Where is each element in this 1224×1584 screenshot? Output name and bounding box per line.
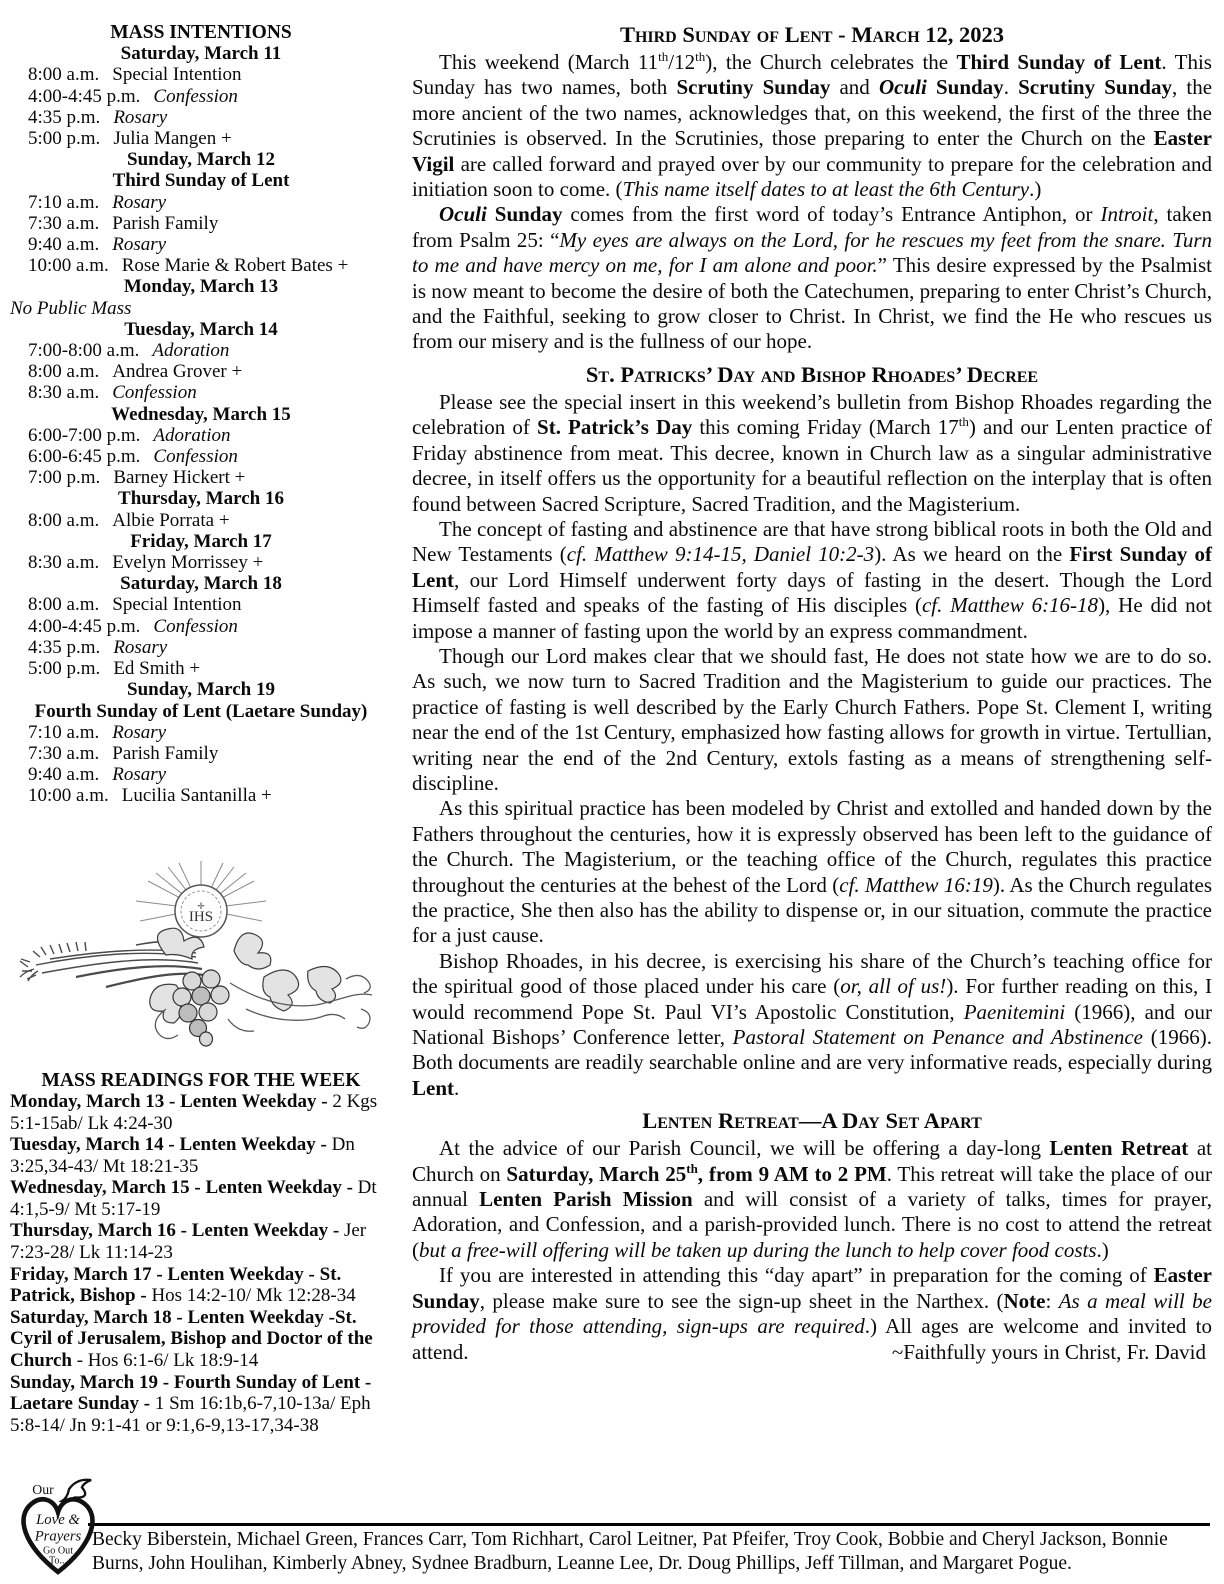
mass-intention-row: 9:40 a.m.Rosary xyxy=(10,764,392,785)
signoff: ~Faithfully yours in Christ, Fr. David xyxy=(412,1340,1212,1365)
paragraph: Though our Lord makes clear that we shou… xyxy=(412,644,1212,796)
mass-intention-desc: Rosary xyxy=(112,192,166,213)
mass-intention-row: 10:00 a.m.Rose Marie & Robert Bates + xyxy=(10,255,392,276)
mass-intentions-day-header: Saturday, March 11 xyxy=(10,43,392,64)
reading-day: Thursday, March 16 - Lenten Weekday - xyxy=(10,1220,344,1241)
text-segment: this coming Friday (March 17 xyxy=(692,415,959,439)
text-segment: Though our Lord makes clear that we shou… xyxy=(412,644,1212,795)
mass-intention-desc: Rosary xyxy=(113,107,167,128)
text-segment: : xyxy=(1046,1289,1059,1313)
reading-day: Tuesday, March 14 - Lenten Weekday - xyxy=(10,1134,332,1155)
mass-intentions-day-header: Tuesday, March 14 xyxy=(10,319,392,340)
mass-reading-row: Tuesday, March 14 - Lenten Weekday - Dn … xyxy=(10,1134,392,1177)
mass-intention-time: 5:00 p.m. xyxy=(28,658,100,679)
mass-intentions-day-header: Sunday, March 12 xyxy=(10,149,392,170)
love-and-prayers-logo: Our Love & Prayers Go Out To... xyxy=(12,1474,104,1578)
mass-intention-row: 4:00-4:45 p.m.Confession xyxy=(10,86,392,107)
text-segment: Introit xyxy=(1100,202,1153,226)
mass-intention-desc: Special Intention xyxy=(112,594,241,615)
mass-intention-desc: Parish Family xyxy=(112,213,218,234)
mass-intentions-day-header: Monday, March 13 xyxy=(10,276,392,297)
section-heading: Third Sunday of Lent - March 12, 2023 xyxy=(412,22,1212,48)
mass-intention-row: 10:00 a.m.Lucilia Santanilla + xyxy=(10,785,392,806)
text-segment: Lenten Parish Mission xyxy=(479,1187,693,1211)
mass-intention-desc: Andrea Grover + xyxy=(112,361,242,382)
mass-intention-desc: Rosary xyxy=(112,234,166,255)
text-segment: Scrutiny Sunday xyxy=(1018,75,1172,99)
text-segment: . xyxy=(454,1076,459,1100)
paragraph: Oculi Sunday comes from the first word o… xyxy=(412,202,1212,354)
paragraph: Please see the special insert in this we… xyxy=(412,390,1212,517)
text-segment: but a free-will offering will be taken u… xyxy=(419,1238,1097,1262)
text-segment: Pastoral Statement on Penance and Abstin… xyxy=(733,1025,1143,1049)
text-segment: .) xyxy=(1029,177,1041,201)
text-segment: /12 xyxy=(668,50,695,74)
mass-intention-time: 9:40 a.m. xyxy=(28,764,99,785)
text-segment: , please make sure to see the sign-up sh… xyxy=(480,1289,1004,1313)
text-segment: Saturday, March 25 xyxy=(506,1162,686,1186)
text-segment: , from 9 AM to 2 PM xyxy=(698,1162,887,1186)
mass-intention-time: 7:00-8:00 a.m. xyxy=(28,340,139,361)
reading-day: Monday, March 13 - Lenten Weekday - xyxy=(10,1091,332,1112)
text-segment: Sunday xyxy=(927,75,1004,99)
mass-intentions-day-header: Friday, March 17 xyxy=(10,531,392,552)
section-heading: St. Patricks’ Day and Bishop Rhoades’ De… xyxy=(412,362,1212,388)
text-segment: th xyxy=(695,49,705,64)
mass-intention-desc: Confession xyxy=(112,382,196,403)
mass-intention-row: 8:30 a.m.Evelyn Morrissey + xyxy=(10,552,392,573)
paragraph: Bishop Rhoades, in his decree, is exerci… xyxy=(412,949,1212,1101)
mass-intention-row: 7:00 p.m.Barney Hickert + xyxy=(10,467,392,488)
text-segment: cf. Matthew 16:19 xyxy=(839,873,993,897)
mass-intention-time: 4:35 p.m. xyxy=(28,637,100,658)
text-segment: Paenitemini xyxy=(964,1000,1065,1024)
mass-reading-row: Monday, March 13 - Lenten Weekday - 2 Kg… xyxy=(10,1091,392,1134)
text-segment: This weekend (March 11 xyxy=(439,50,658,74)
mass-intention-row: 7:00-8:00 a.m.Adoration xyxy=(10,340,392,361)
mass-intention-desc: Adoration xyxy=(153,425,230,446)
mass-intention-desc: Rosary xyxy=(112,764,166,785)
text-segment: St. Patrick’s Day xyxy=(537,415,692,439)
text-segment: or, all of us! xyxy=(840,974,946,998)
mass-reading-row: Thursday, March 16 - Lenten Weekday - Je… xyxy=(10,1220,392,1263)
text-segment: cf. Matthew 6:16-18 xyxy=(922,593,1098,617)
text-segment: . xyxy=(1004,75,1018,99)
paragraph: This weekend (March 11th/12th), the Chur… xyxy=(412,50,1212,202)
mass-intention-time: 8:00 a.m. xyxy=(28,510,99,531)
mass-intention-desc: Confession xyxy=(153,616,237,637)
mass-reading-row: Friday, March 17 - Lenten Weekday - St. … xyxy=(10,1264,392,1307)
prayer-list-footer: Our Love & Prayers Go Out To... Becky Bi… xyxy=(0,1523,1224,1576)
article-sections: Third Sunday of Lent - March 12, 2023Thi… xyxy=(412,22,1212,1365)
mass-intention-desc: Lucilia Santanilla + xyxy=(122,785,272,806)
mass-intention-row: 6:00-7:00 p.m.Adoration xyxy=(10,425,392,446)
mass-reading-row: Saturday, March 18 - Lenten Weekday -St.… xyxy=(10,1307,392,1372)
text-segment: Note xyxy=(1004,1289,1046,1313)
text-segment: th xyxy=(658,49,668,64)
logo-word-our: Our xyxy=(32,1482,54,1497)
mass-intention-desc: Confession xyxy=(153,446,237,467)
mass-intention-row: 5:00 p.m.Julia Mangen + xyxy=(10,128,392,149)
mass-intention-desc: Albie Porrata + xyxy=(112,510,229,531)
text-segment: th xyxy=(959,414,969,429)
text-segment: and xyxy=(830,75,879,99)
paragraph: At the advice of our Parish Council, we … xyxy=(412,1136,1212,1263)
mass-intention-time: 7:10 a.m. xyxy=(28,192,99,213)
mass-intention-desc: Ed Smith + xyxy=(113,658,200,679)
mass-intention-desc: Adoration xyxy=(152,340,229,361)
mass-intentions-day-header: Saturday, March 18 xyxy=(10,573,392,594)
mass-intention-desc: Rosary xyxy=(112,722,166,743)
bulletin-page: MASS INTENTIONS Saturday, March 118:00 a… xyxy=(0,0,1224,1436)
mass-intention-row: 7:30 a.m.Parish Family xyxy=(10,213,392,234)
ornament-wrap: ✛ IHS xyxy=(10,859,392,1060)
text-segment: th xyxy=(686,1161,698,1176)
text-segment: Oculi xyxy=(879,75,927,99)
mass-intention-desc: Rose Marie & Robert Bates + xyxy=(122,255,349,276)
mass-intention-desc: Special Intention xyxy=(112,64,241,85)
logo-word-love: Love & xyxy=(35,1512,80,1528)
text-segment: Oculi xyxy=(439,202,487,226)
mass-intention-row: 8:00 a.m.Special Intention xyxy=(10,594,392,615)
mass-intention-time: 8:00 a.m. xyxy=(28,361,99,382)
mass-intention-time: 6:00-7:00 p.m. xyxy=(28,425,140,446)
mass-intentions-day-header: Third Sunday of Lent xyxy=(10,170,392,191)
mass-intention-row: 7:10 a.m.Rosary xyxy=(10,192,392,213)
mass-intention-time: 8:30 a.m. xyxy=(28,552,99,573)
mass-intentions-title: MASS INTENTIONS xyxy=(10,22,392,43)
mass-intention-time: 7:30 a.m. xyxy=(28,743,99,764)
text-segment: This name itself dates to at least the 6… xyxy=(623,177,1030,201)
mass-intention-time: 10:00 a.m. xyxy=(28,255,109,276)
mass-intention-desc: Rosary xyxy=(113,637,167,658)
mass-intention-row: 8:30 a.m.Confession xyxy=(10,382,392,403)
footer-divider xyxy=(88,1523,1210,1526)
text-segment: If you are interested in attending this … xyxy=(439,1263,1154,1287)
mass-intention-row: 4:35 p.m.Rosary xyxy=(10,107,392,128)
vine-leaves-icon xyxy=(150,928,341,1023)
reading-day: Wednesday, March 15 - Lenten Weekday - xyxy=(10,1177,358,1198)
mass-intention-time: 7:00 p.m. xyxy=(28,467,100,488)
mass-intention-time: 4:00-4:45 p.m. xyxy=(28,86,140,107)
paragraph: The concept of fasting and abstinence ar… xyxy=(412,517,1212,644)
text-segment: ), the Church celebrates the xyxy=(705,50,956,74)
paragraph: As this spiritual practice has been mode… xyxy=(412,796,1212,948)
text-segment: cf. Matthew 9:14-15, Daniel 10:2-3 xyxy=(567,542,874,566)
left-column: MASS INTENTIONS Saturday, March 118:00 a… xyxy=(10,22,392,1436)
mass-intention-desc: Barney Hickert + xyxy=(113,467,245,488)
dove-icon xyxy=(62,1480,91,1502)
article-column: Third Sunday of Lent - March 12, 2023Thi… xyxy=(412,22,1212,1436)
mass-intention-time: 5:00 p.m. xyxy=(28,128,100,149)
mass-intention-row: 5:00 p.m.Ed Smith + xyxy=(10,658,392,679)
mass-reading-row: Sunday, March 19 - Fourth Sunday of Lent… xyxy=(10,1372,392,1437)
text-segment: comes from the first word of today’s Ent… xyxy=(562,202,1100,226)
mass-intention-time: 4:35 p.m. xyxy=(28,107,100,128)
mass-intention-time: 8:00 a.m. xyxy=(28,64,99,85)
mass-intention-desc: Parish Family xyxy=(112,743,218,764)
mass-intentions-day-header: Sunday, March 19 xyxy=(10,679,392,700)
mass-intention-time: 10:00 a.m. xyxy=(28,785,109,806)
mass-intention-time: 8:30 a.m. xyxy=(28,382,99,403)
reading-citation: - Hos 6:1-6/ Lk 18:9-14 xyxy=(77,1350,259,1371)
text-segment: .) xyxy=(1097,1238,1109,1262)
text-segment: Sunday xyxy=(487,202,563,226)
text-segment: ). As we heard on the xyxy=(874,542,1069,566)
mass-intentions-day-header: Fourth Sunday of Lent (Laetare Sunday) xyxy=(10,701,392,722)
mass-intention-desc: Julia Mangen + xyxy=(113,128,231,149)
logo-word-prayers: Prayers xyxy=(34,1529,82,1545)
mass-intention-time: 7:30 a.m. xyxy=(28,213,99,234)
mass-intention-row: 7:30 a.m.Parish Family xyxy=(10,743,392,764)
mass-intention-row: 4:35 p.m.Rosary xyxy=(10,637,392,658)
mass-intention-row: 8:00 a.m.Albie Porrata + xyxy=(10,510,392,531)
mass-intention-time: 8:00 a.m. xyxy=(28,594,99,615)
mass-intention-row: 8:00 a.m.Special Intention xyxy=(10,64,392,85)
mass-reading-row: Wednesday, March 15 - Lenten Weekday - D… xyxy=(10,1177,392,1220)
mass-intentions-list: Saturday, March 118:00 a.m.Special Inten… xyxy=(10,43,392,806)
logo-word-to: To... xyxy=(49,1556,67,1567)
mass-intentions-note: No Public Mass xyxy=(10,298,392,319)
reading-citation: Hos 14:2-10/ Mk 12:28-34 xyxy=(151,1285,355,1306)
mass-intention-row: 8:00 a.m.Andrea Grover + xyxy=(10,361,392,382)
mass-intention-desc: Evelyn Morrissey + xyxy=(112,552,263,573)
mass-intentions-day-header: Thursday, March 16 xyxy=(10,488,392,509)
mass-intention-time: 7:10 a.m. xyxy=(28,722,99,743)
text-segment: At the advice of our Parish Council, we … xyxy=(439,1136,1050,1160)
mass-readings-list: Monday, March 13 - Lenten Weekday - 2 Kg… xyxy=(10,1091,392,1437)
text-segment: Lenten Retreat xyxy=(1050,1136,1189,1160)
text-segment: Scrutiny Sunday xyxy=(676,75,830,99)
mass-intentions-day-header: Wednesday, March 15 xyxy=(10,404,392,425)
ihs-monogram: IHS xyxy=(189,909,213,925)
grape-cluster-icon xyxy=(173,970,229,1046)
mass-intention-row: 4:00-4:45 p.m.Confession xyxy=(10,616,392,637)
mass-readings-title: MASS READINGS FOR THE WEEK xyxy=(10,1070,392,1091)
section-heading: Lenten Retreat—A Day Set Apart xyxy=(412,1108,1212,1134)
mass-intention-row: 9:40 a.m.Rosary xyxy=(10,234,392,255)
mass-intention-time: 9:40 a.m. xyxy=(28,234,99,255)
text-segment: Third Sunday of Lent xyxy=(957,50,1162,74)
mass-intention-time: 4:00-4:45 p.m. xyxy=(28,616,140,637)
mass-intention-row: 6:00-6:45 p.m.Confession xyxy=(10,446,392,467)
wheat-grapes-ihs-engraving-icon: ✛ IHS xyxy=(16,859,386,1055)
text-segment: Lent xyxy=(412,1076,454,1100)
mass-intention-row: 7:10 a.m.Rosary xyxy=(10,722,392,743)
prayer-names: Becky Biberstein, Michael Green, Frances… xyxy=(92,1528,1208,1576)
mass-intention-time: 6:00-6:45 p.m. xyxy=(28,446,140,467)
mass-intention-desc: Confession xyxy=(153,86,237,107)
